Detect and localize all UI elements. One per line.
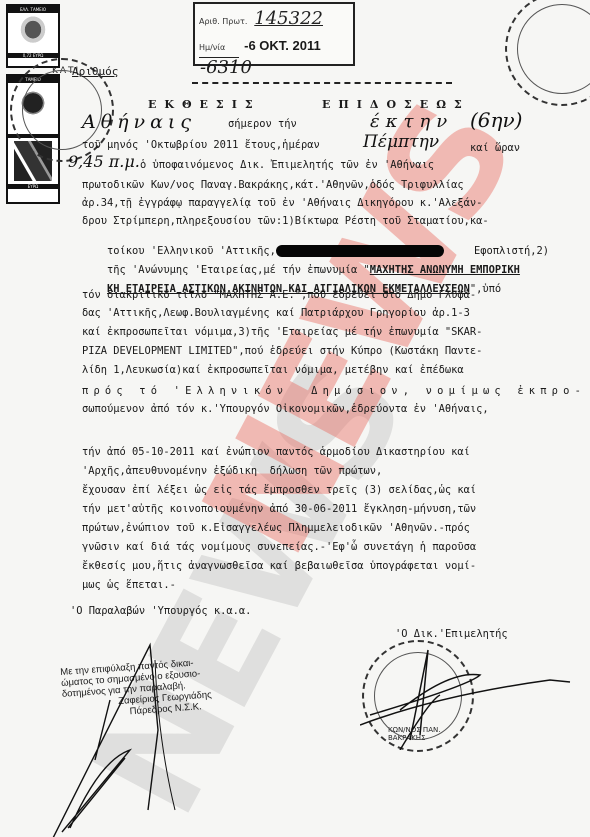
stamp-value: 0,72 ΕΥΡΩ bbox=[8, 53, 58, 58]
body-line: λίδη 1,Λευκωσία)καί ἐκπροσωπεῖται νόμιμα… bbox=[82, 364, 464, 376]
page-title-left: ΕΚΘΕΣΙΣ bbox=[148, 98, 261, 111]
handwritten-city: Αθήναις bbox=[82, 111, 196, 133]
body-line: καί ὥραν bbox=[470, 142, 520, 154]
body-line: γνῶσιν καί διά τάς νομίμους συνεπείας.-'… bbox=[82, 541, 476, 553]
bailiff-signature-icon bbox=[360, 640, 590, 750]
stamp-value: ΕΥΡΩ bbox=[8, 184, 58, 189]
body-line: ἔκθεσίς μου,ἥτις ἀναγνωσθεῖσα καί βεβαιω… bbox=[82, 560, 476, 572]
protocol-date-label: Ημ/νία bbox=[199, 43, 225, 52]
stamp-portrait-icon bbox=[14, 16, 52, 50]
divider bbox=[192, 82, 452, 84]
body-line: καί ἐκπροσωπεῖται νόμιμα,3)τῆς 'Εταιρεία… bbox=[82, 326, 482, 338]
bailiff-seal-top-right bbox=[505, 0, 590, 106]
body-line: πρωτοδικῶν Κων/νος Παναγ.Βακράκης,κάτ.'Α… bbox=[82, 179, 464, 191]
body-line: τόν διακριτικό τίτλο "ΜΑΧΗΤΗΣ Α.Ε.",πού … bbox=[82, 289, 476, 301]
body-line: ὁ ὑποφαινόμενος Δικ. Ἐπιμελητής τῶν ἐν '… bbox=[140, 159, 434, 171]
stamp-header: ΕΛΛ. ΤΑΜΕΙΟ bbox=[8, 6, 58, 13]
body-line: ἀρ.34,τῇ ἐγγράφῳ παραγγελίᾳ τοῦ ἐν 'Αθήν… bbox=[82, 197, 482, 209]
body-line: δρου Στρίμπερη,πληρεξουσίου τῶν:1)Βίκτωρ… bbox=[82, 215, 489, 227]
handwritten-weekday: Πέμπτην bbox=[363, 132, 439, 152]
handwritten-day: έκτην bbox=[370, 111, 453, 132]
body-line: 'Αρχῆς,ἀπευθυνομένην ἐξώδικη δήλωση τῶν … bbox=[82, 465, 382, 477]
receiver-signature-icon bbox=[40, 640, 190, 837]
body-line: σωπούμενον ἀπό τόν κ.'Υπουργόν Οἰκονομικ… bbox=[82, 403, 489, 415]
protocol-number-label: Αριθ. Πρωτ. bbox=[199, 17, 247, 26]
body-line: πρός τό 'Ελληνικόν Δημόσιον, νομίμως ἐκπ… bbox=[82, 385, 586, 397]
body-line: μως ὡς ἕπεται.- bbox=[82, 579, 176, 591]
handwritten-day-number: (6ην) bbox=[470, 108, 522, 132]
body-line: δας 'Αττικῆς,Λεωφ.Βουλιαγμένης καί Πατρι… bbox=[82, 307, 470, 319]
document-number: -6310 bbox=[200, 57, 252, 78]
body-line: τήν ἀπό 05-10-2011 καί ἐνώπιον παντός ἁρ… bbox=[82, 446, 470, 458]
page-title-right: ΕΠΙΔΟΣΕΩΣ bbox=[322, 98, 470, 111]
bailiff-label: 'Ο Δικ.'Επιμελητής bbox=[395, 628, 508, 640]
body-line: σήμερον τήν bbox=[228, 118, 297, 130]
protocol-number: 145322 bbox=[254, 8, 323, 29]
scanned-document-page: NEWS NEWS ΕΛΛ. ΤΑΜΕΙΟ 0,72 ΕΥΡΩ ΤΑΜΕΙΟ Ε… bbox=[0, 0, 590, 837]
receiver-label: 'Ο Παραλαβών 'Υπουργός κ.α.α. bbox=[70, 605, 251, 617]
protocol-date: -6 ΟΚΤ. 2011 bbox=[244, 38, 321, 53]
body-line: πρώτων,ἐνώπιον τοῦ κ.Εἰσαγγελέως Πλημμελ… bbox=[82, 522, 470, 534]
body-line: PIZA DEVELOPMENT LIMITED",πού ἑδρεύει στ… bbox=[82, 345, 482, 357]
body-line: τοῦ μηνός 'Οκτωβρίου 2011 ἔτους,ἡμέραν bbox=[82, 139, 320, 151]
document-number-label: Αριθμός bbox=[72, 65, 118, 78]
body-line: τήν μετ'αὐτῆς κοινοποιουμένην ἀπό 30-06-… bbox=[82, 503, 476, 515]
handwritten-time: 9,45 π.μ. bbox=[68, 152, 140, 171]
body-line: ἔχουσαν ἐπί λέξει ὡς εἰς τάς ἔμπροσθεν τ… bbox=[82, 484, 476, 496]
document-number-line: Αριθμός -6310 bbox=[72, 65, 118, 78]
